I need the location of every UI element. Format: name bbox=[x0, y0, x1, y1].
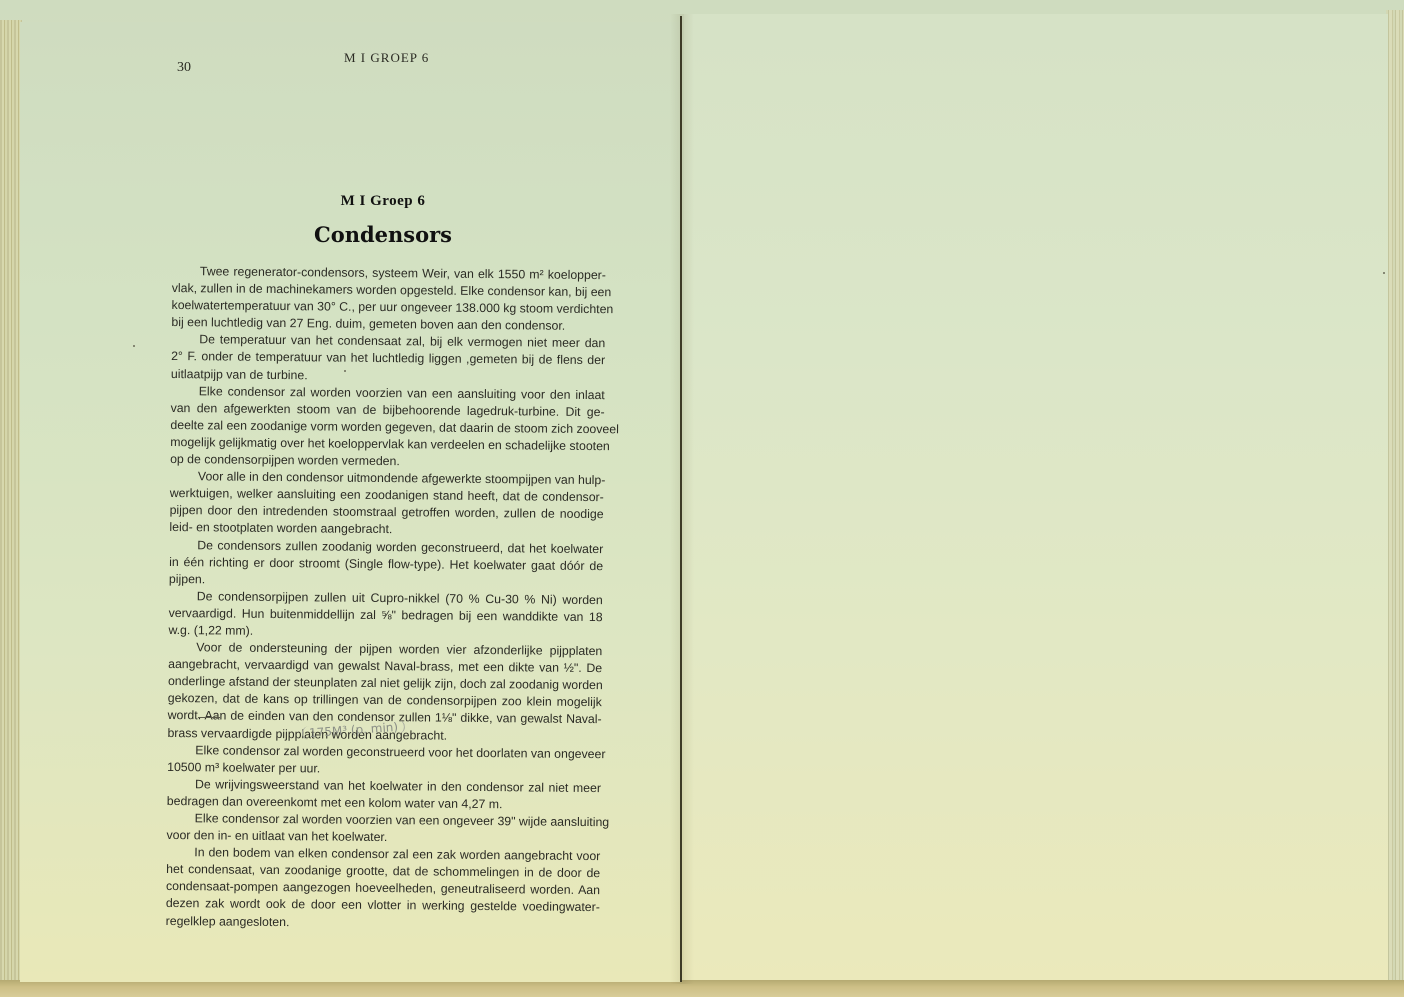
paper-speck bbox=[133, 345, 135, 347]
book-bottom-edge bbox=[0, 980, 1404, 997]
right-page-edges bbox=[1386, 10, 1404, 985]
paragraph: Voor alle in den condensor uitmondende a… bbox=[169, 468, 604, 541]
paragraph: Elke condensor zal worden voorzien van e… bbox=[166, 810, 600, 848]
book-spread: 30 M I GROEP 6 M I Groep 6 Condensors Tw… bbox=[0, 0, 1404, 997]
paragraph: Elke condensor zal worden voorzien van e… bbox=[170, 383, 605, 473]
page-number: 30 bbox=[177, 60, 191, 76]
paragraph: In den bodem van elken condensor zal een… bbox=[166, 844, 601, 934]
gutter-shadow bbox=[670, 14, 694, 984]
paragraph: De temperatuur van het condensaat zal, b… bbox=[171, 331, 605, 386]
paragraph: De condensors zullen zoodanig worden gec… bbox=[169, 536, 603, 591]
paper-speck bbox=[344, 370, 346, 372]
running-head: M I GROEP 6 bbox=[344, 50, 429, 66]
paragraph: Twee regenerator-condensors, systeem Wei… bbox=[171, 263, 606, 336]
right-page-blank bbox=[684, 14, 1388, 980]
paragraph: De wrijvingsweerstand van het koelwater … bbox=[167, 776, 601, 814]
paragraph: Elke condensor zal worden geconstrueerd … bbox=[167, 742, 601, 780]
paper-speck bbox=[1383, 272, 1385, 274]
section-label: M I Groep 6 bbox=[300, 193, 466, 210]
left-page-edges bbox=[0, 20, 22, 985]
section-title: Condensors bbox=[280, 222, 486, 247]
paragraph: De condensorpijpen zullen uit Cupro-nikk… bbox=[168, 588, 602, 643]
body-text: Twee regenerator-condensors, systeem Wei… bbox=[166, 263, 606, 934]
pencil-underline bbox=[198, 717, 220, 718]
book-gutter bbox=[680, 16, 682, 982]
